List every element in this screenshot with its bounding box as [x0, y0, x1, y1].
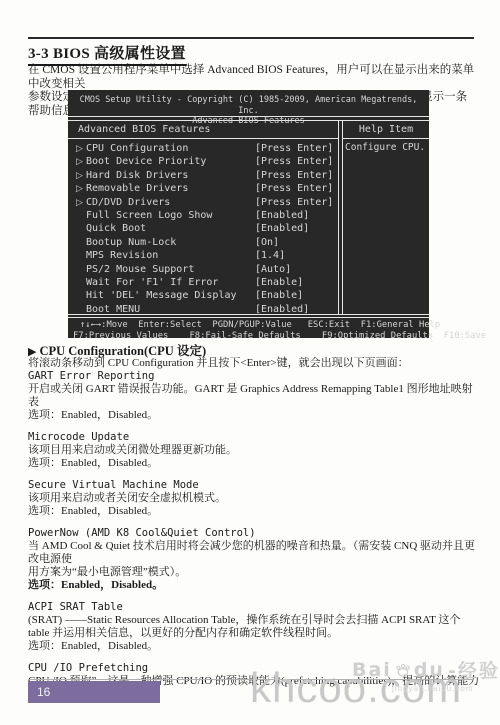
submenu-arrow-icon: ▷ [76, 143, 86, 156]
bios-menu-item-label: CD/DVD Drivers [86, 197, 170, 208]
bios-menu-item-value: [Press Enter] [255, 142, 333, 155]
body-line: Microcode Update [28, 431, 480, 444]
bios-menu-item: ▷CPU Configuration[Press Enter] [68, 142, 338, 155]
bios-menu-item-label: PS/2 Mouse Support [86, 264, 194, 275]
bios-help-panel: Help Item Configure CPU. [343, 121, 429, 314]
bios-menu-item: Wait For 'F1' If Error[Enable] [68, 276, 338, 289]
bios-menu-item-label: Hit 'DEL' Message Display [86, 290, 237, 301]
body-line: GART Error Reporting [28, 370, 480, 383]
page-title: 3-3 BIOS 高级属性设置 [28, 42, 186, 66]
bios-menu-item-label: Full Screen Logo Show [86, 210, 212, 221]
bios-menu-item-value: [Enable] [255, 289, 303, 302]
bios-menu-item: Bootup Num-Lock[On] [68, 236, 338, 249]
bios-menu-item: ▷Hard Disk Drivers[Press Enter] [68, 169, 338, 182]
bios-menu-item-value: [Press Enter] [255, 169, 333, 182]
body-line: ACPI SRAT Table [28, 601, 480, 614]
body-line: 该项用来启动或者关闭安全虚拟机模式。 [28, 492, 480, 505]
bios-menu-item-value: [Auto] [255, 263, 291, 276]
bios-menu-item-value: [Enabled] [255, 303, 309, 316]
bios-help-panel-title: Help Item [343, 121, 429, 139]
bios-menu-item: Quick Boot[Enabled] [68, 222, 338, 235]
bios-menu-panel: Advanced BIOS Features ▷CPU Configuratio… [68, 121, 338, 314]
bios-menu-item: PS/2 Mouse Support[Auto] [68, 263, 338, 276]
bios-setup-screenshot: CMOS Setup Utility - Copyright (C) 1985-… [68, 90, 429, 338]
bios-menu-item-value: [Enable] [255, 276, 303, 289]
bios-menu-item-label: CPU Configuration [86, 143, 188, 154]
text-section: ACPI SRAT Table(SRAT) ——Static Resources… [28, 601, 480, 653]
bios-menu-item-label: MPS Revision [86, 250, 158, 261]
bios-menu-item-value: [Press Enter] [255, 182, 333, 195]
bios-menu-item-value: [Enabled] [255, 222, 309, 235]
bios-menu-item-label: Hard Disk Drivers [86, 170, 188, 181]
bios-main-panels: Advanced BIOS Features ▷CPU Configuratio… [68, 121, 429, 314]
body-line: 选项：Enabled，Disabled。 [28, 579, 480, 592]
bios-menu-item: Boot MENU[Enabled] [68, 303, 338, 316]
footer-rule [28, 679, 472, 680]
body-sections: 将滚动条移动到 CPU Configuration 并且按下<Enter>键，就… [28, 357, 480, 710]
body-line: 选项：Enabled，Disabled。 [28, 457, 480, 470]
bios-menu-item-label: Boot MENU [86, 304, 140, 315]
text-section: Microcode Update该项目用来启动或关闭微处理器更新功能。选项：En… [28, 431, 480, 470]
bios-key-legend-line-1: ↑↓←→:Move Enter:Select PGDN/PGUP:Value E… [68, 318, 429, 331]
cpu-configuration-heading-text: CPU Configuration(CPU 设定) [39, 344, 206, 358]
bios-menu-item-value: [Press Enter] [255, 155, 333, 168]
body-line: 选项：Enabled，Disabled。 [28, 640, 480, 653]
bios-key-legend: ↑↓←→:Move Enter:Select PGDN/PGUP:Value E… [68, 314, 429, 342]
header-rule [28, 37, 474, 39]
bios-menu-panel-title: Advanced BIOS Features [68, 121, 338, 139]
text-section: 将滚动条移动到 CPU Configuration 并且按下<Enter>键，就… [28, 357, 480, 422]
submenu-arrow-icon: ▷ [76, 156, 86, 169]
bios-menu-item: ▷Boot Device Priority[Press Enter] [68, 155, 338, 168]
bios-menu-item-label: Boot Device Priority [86, 156, 206, 167]
page-number: 16 [37, 685, 50, 699]
bios-menu-item-value: [On] [255, 236, 279, 249]
submenu-arrow-icon: ▷ [76, 197, 86, 210]
body-line: CPU /IO Prefetching [28, 662, 480, 675]
bios-menu: ▷CPU Configuration[Press Enter]▷Boot Dev… [68, 139, 338, 316]
bios-menu-item-label: Quick Boot [86, 223, 146, 234]
body-line: 当 AMD Cool & Quiet 技术启用时将会减少您的机器的噪音和热量。（… [28, 540, 480, 566]
text-section: Secure Virtual Machine Mode该项用来启动或者关闭安全虚… [28, 479, 480, 518]
body-line: Secure Virtual Machine Mode [28, 479, 480, 492]
bios-menu-item: ▷CD/DVD Drivers[Press Enter] [68, 196, 338, 209]
submenu-arrow-icon: ▷ [76, 170, 86, 183]
body-line: 选项：Enabled，Disabled。 [28, 505, 480, 518]
body-line: (SRAT) ——Static Resources Allocation Tab… [28, 614, 480, 627]
intro-line-1: 在 CMOS 设置公用程序菜单中选择 Advanced BIOS Feature… [28, 64, 476, 91]
bios-menu-item-label: Bootup Num-Lock [86, 237, 176, 248]
body-line: 开启或关闭 GART 错误报告功能。GART 是 Graphics Addres… [28, 383, 480, 409]
bios-menu-item-value: [Press Enter] [255, 196, 333, 209]
body-line: 选项：Enabled，Disabled。 [28, 409, 480, 422]
bios-header: CMOS Setup Utility - Copyright (C) 1985-… [68, 90, 429, 116]
page-number-bar: 16 [28, 681, 160, 703]
body-line: table 并运用相关信息，以更好的分配内存和确定软件线程时间。 [28, 627, 480, 640]
bios-menu-item-value: [1.4] [255, 249, 285, 262]
bios-menu-item-label: Removable Drivers [86, 183, 188, 194]
bios-menu-item: Hit 'DEL' Message Display[Enable] [68, 289, 338, 302]
bios-help-text: Configure CPU. [343, 139, 429, 153]
body-line: PowerNow (AMD K8 Cool&Quiet Control) [28, 527, 480, 540]
bios-menu-item-value: [Enabled] [255, 209, 309, 222]
submenu-arrow-icon: ▷ [76, 183, 86, 196]
body-line: 该项目用来启动或关闭微处理器更新功能。 [28, 444, 480, 457]
bios-menu-item: MPS Revision[1.4] [68, 249, 338, 262]
body-line: 用方案为“最小电源管理”模式）。 [28, 566, 480, 579]
bios-copyright-line: CMOS Setup Utility - Copyright (C) 1985-… [68, 95, 429, 116]
bios-menu-item-label: Wait For 'F1' If Error [86, 277, 218, 288]
bios-menu-item: ▷Removable Drivers[Press Enter] [68, 182, 338, 195]
bios-menu-item: Full Screen Logo Show[Enabled] [68, 209, 338, 222]
text-section: PowerNow (AMD K8 Cool&Quiet Control)当 AM… [28, 527, 480, 592]
body-line: 将滚动条移动到 CPU Configuration 并且按下<Enter>键，就… [28, 357, 480, 370]
